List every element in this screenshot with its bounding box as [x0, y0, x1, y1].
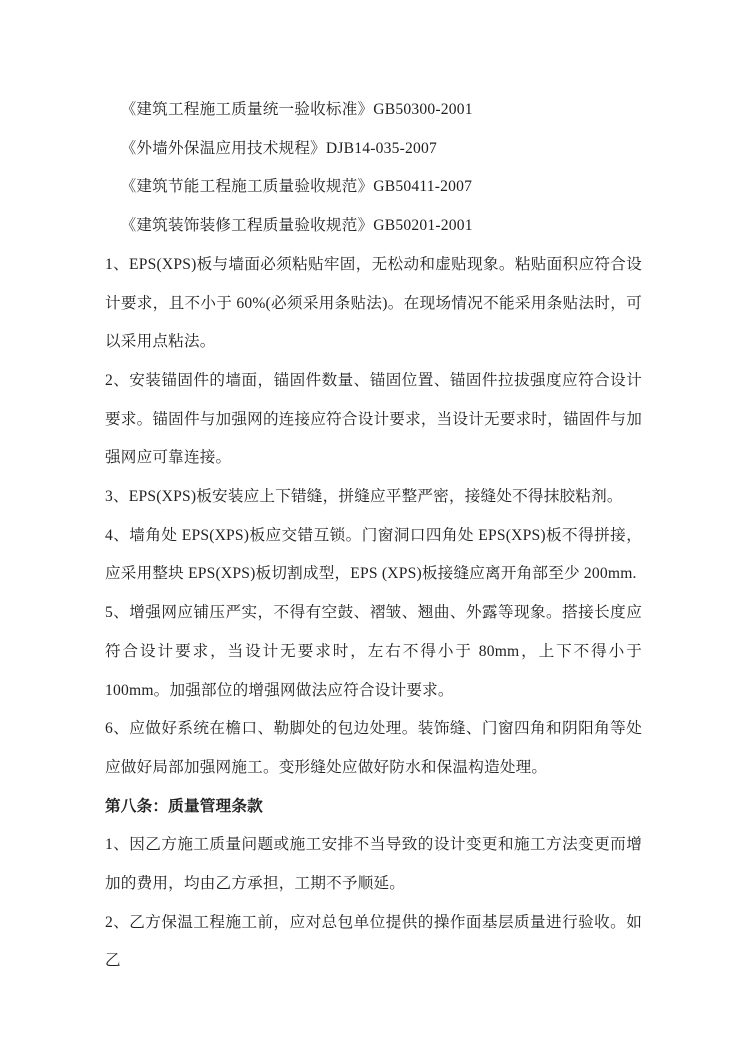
document-page: 《建筑工程施工质量统一验收标准》GB50300-2001 《外墙外保温应用技术规…: [0, 0, 744, 1052]
reference-line: 《建筑装饰装修工程质量验收规范》GB50201-2001: [105, 207, 642, 246]
body-paragraph: 5、增强网应铺压严实，不得有空鼓、褶皱、翘曲、外露等现象。搭接长度应符合设计要求…: [105, 594, 642, 710]
section-heading: 第八条：质量管理条款: [105, 788, 642, 827]
reference-line: 《建筑节能工程施工质量验收规范》GB50411-2007: [105, 168, 642, 207]
body-paragraph: 1、因乙方施工质量问题或施工安排不当导致的设计变更和施工方法变更而增加的费用，均…: [105, 826, 642, 903]
body-paragraph: 3、EPS(XPS)板安装应上下错缝，拼缝应平整严密，接缝处不得抹胶粘剂。: [105, 478, 642, 517]
document-content: 《建筑工程施工质量统一验收标准》GB50300-2001 《外墙外保温应用技术规…: [105, 91, 642, 981]
reference-line: 《外墙外保温应用技术规程》DJB14-035-2007: [105, 130, 642, 169]
body-paragraph: 1、EPS(XPS)板与墙面必须粘贴牢固，无松动和虚贴现象。粘贴面积应符合设计要…: [105, 246, 642, 362]
reference-line: 《建筑工程施工质量统一验收标准》GB50300-2001: [105, 91, 642, 130]
body-paragraph: 4、墙角处 EPS(XPS)板应交错互锁。门窗洞口四角处 EPS(XPS)板不得…: [105, 517, 642, 594]
body-paragraph: 2、安装锚固件的墙面，锚固件数量、锚固位置、锚固件拉拔强度应符合设计要求。锚固件…: [105, 362, 642, 478]
body-paragraph: 6、应做好系统在檐口、勒脚处的包边处理。装饰缝、门窗四角和阴阳角等处应做好局部加…: [105, 710, 642, 787]
body-paragraph: 2、乙方保温工程施工前，应对总包单位提供的操作面基层质量进行验收。如乙: [105, 904, 642, 981]
